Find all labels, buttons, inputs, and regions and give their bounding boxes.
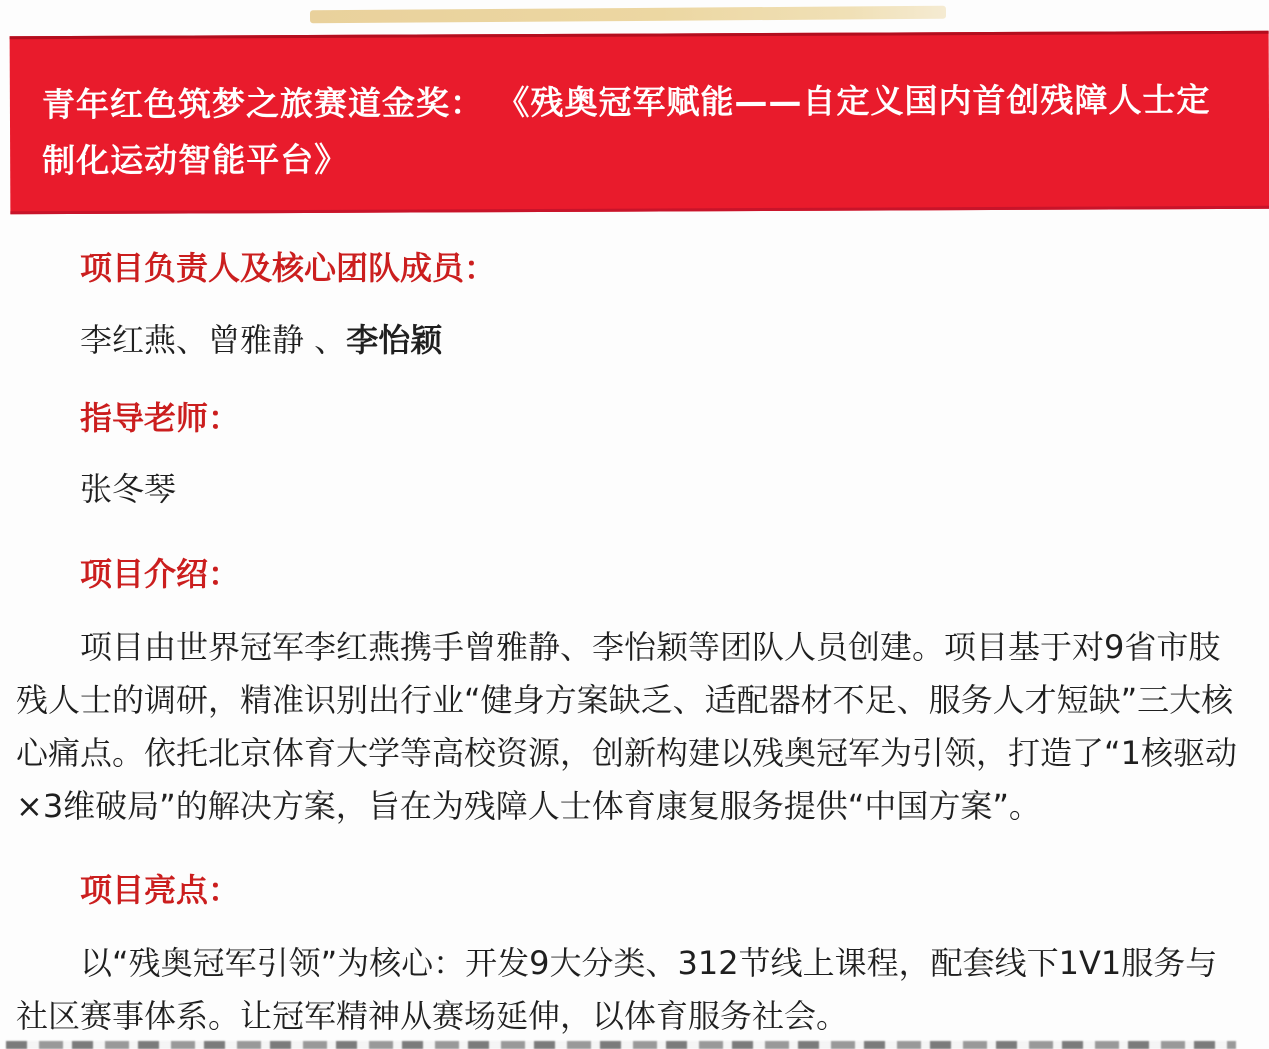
team-members-names: 李红燕、曾雅静 、李怡颖: [16, 314, 1245, 367]
document-page: 青年红色筑梦之旅赛道金奖： 《残奥冠军赋能——自定义国内首创残障人士定制化运动智…: [0, 0, 1269, 1049]
team-members-heading: 项目负责人及核心团队成员：: [16, 242, 1245, 295]
team-members-regular: 李红燕、曾雅静 、: [80, 321, 346, 359]
accent-highlight-bar: [310, 6, 946, 23]
advisor-name: 张冬琴: [16, 463, 1245, 516]
article-body: 项目负责人及核心团队成员： 李红燕、曾雅静 、李怡颖 指导老师： 张冬琴 项目介…: [0, 211, 1269, 1043]
project-highlights-heading: 项目亮点：: [16, 864, 1245, 917]
clipped-next-line: [6, 1041, 1236, 1049]
project-highlights-paragraph: 以“残奥冠军引领”为核心：开发9大分类、312节线上课程，配套线下1V1服务与社…: [16, 937, 1245, 1043]
team-member-bold: 李怡颖: [346, 321, 442, 359]
award-banner-title: 青年红色筑梦之旅赛道金奖： 《残奥冠军赋能——自定义国内首创残障人士定制化运动智…: [10, 34, 1269, 189]
award-banner: 青年红色筑梦之旅赛道金奖： 《残奥冠军赋能——自定义国内首创残障人士定制化运动智…: [10, 31, 1269, 214]
project-intro-paragraph: 项目由世界冠军李红燕携手曾雅静、李怡颖等团队人员创建。项目基于对9省市肢残人士的…: [16, 621, 1245, 833]
project-intro-heading: 项目介绍：: [16, 548, 1245, 601]
advisor-heading: 指导老师：: [16, 392, 1245, 445]
